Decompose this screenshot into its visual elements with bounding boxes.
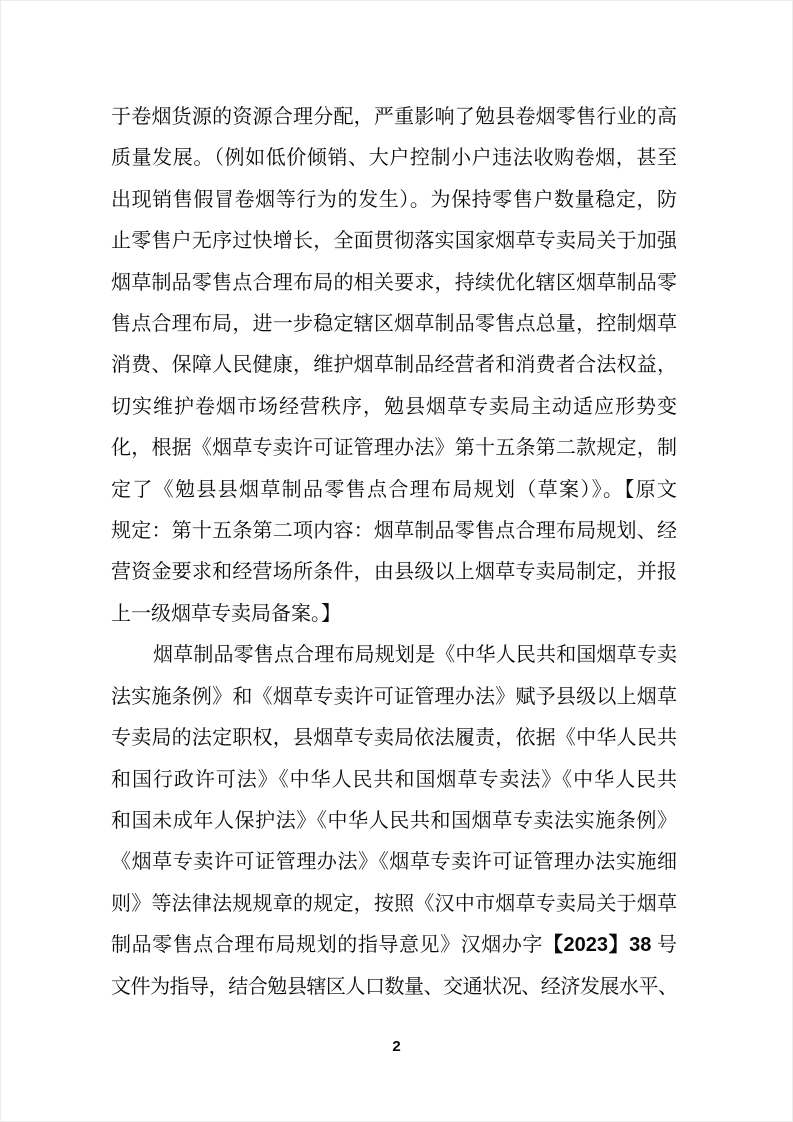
- text-segment: 消费、保障人民健康，维护烟草制品经营者和消费者合法权益，: [111, 354, 677, 376]
- text-segment: 则》等法律法规规章的规定，按照《汉中市烟草专卖局关于烟草: [111, 893, 677, 915]
- text-segment: 化，根据《烟草专卖许可证管理办法》第十五条第二款规定，制: [111, 437, 677, 459]
- text-segment: 定了《勉县县烟草制品零售点合理布局规划（草案）》。【原文: [111, 479, 677, 501]
- text-line: 和国行政许可法》《中华人民共和国烟草专卖法》《中华人民共: [111, 760, 677, 801]
- text-segment: 上一级烟草专卖局备案。】: [111, 603, 341, 625]
- text-segment: 《烟草专卖许可证管理办法》《烟草专卖许可证管理办法实施细: [111, 851, 677, 873]
- text-segment: 营资金要求和经营场所条件，由县级以上烟草专卖局制定，并报: [111, 561, 677, 583]
- document-page: 于卷烟货源的资源合理分配，严重影响了勉县卷烟零售行业的高质量发展。（例如低价倾销…: [0, 0, 793, 1122]
- text-line: 质量发展。（例如低价倾销、大户控制小户违法收购卷烟，甚至: [111, 138, 677, 179]
- text-segment: 规定：第十五条第二项内容：烟草制品零售点合理布局规划、经: [111, 520, 677, 542]
- text-segment: 售点合理布局，进一步稳定辖区烟草制品零售点总量，控制烟草: [111, 313, 677, 335]
- bold-number-segment: 【2023】38: [543, 934, 651, 956]
- text-line: 止零售户无序过快增长，全面贯彻落实国家烟草专卖局关于加强: [111, 221, 677, 262]
- text-segment: 质量发展。（例如低价倾销、大户控制小户违法收购卷烟，甚至: [111, 147, 677, 169]
- text-line: 售点合理布局，进一步稳定辖区烟草制品零售点总量，控制烟草: [111, 304, 677, 345]
- text-line: 文件为指导，结合勉县辖区人口数量、交通状况、经济发展水平、: [111, 967, 677, 1008]
- text-segment: 烟草制品零售点合理布局规划是《中华人民共和国烟草专卖: [153, 644, 677, 666]
- text-segment: 法实施条例》和《烟草专卖许可证管理办法》赋予县级以上烟草: [111, 686, 677, 708]
- text-segment: 和国行政许可法》《中华人民共和国烟草专卖法》《中华人民共: [111, 769, 677, 791]
- text-line: 专卖局的法定职权，县烟草专卖局依法履责，依据《中华人民共: [111, 718, 677, 759]
- text-segment: 专卖局的法定职权，县烟草专卖局依法履责，依据《中华人民共: [111, 727, 677, 749]
- text-line: 《烟草专卖许可证管理办法》《烟草专卖许可证管理办法实施细: [111, 842, 677, 883]
- text-segment: 和国未成年人保护法》《中华人民共和国烟草专卖法实施条例》: [111, 810, 677, 832]
- text-line: 上一级烟草专卖局备案。】: [111, 594, 677, 635]
- page-number: 2: [1, 1038, 792, 1055]
- text-line: 烟草制品零售点合理布局规划是《中华人民共和国烟草专卖: [111, 635, 677, 676]
- text-block: 于卷烟货源的资源合理分配，严重影响了勉县卷烟零售行业的高质量发展。（例如低价倾销…: [111, 97, 677, 1008]
- text-segment: 烟草制品零售点合理布局的相关要求，持续优化辖区烟草制品零: [111, 272, 677, 294]
- text-line: 于卷烟货源的资源合理分配，严重影响了勉县卷烟零售行业的高: [111, 97, 677, 138]
- text-segment: 切实维护卷烟市场经营秩序，勉县烟草专卖局主动适应形势变: [111, 396, 677, 418]
- text-line: 规定：第十五条第二项内容：烟草制品零售点合理布局规划、经: [111, 511, 677, 552]
- text-segment: 号: [651, 934, 677, 956]
- text-line: 则》等法律法规规章的规定，按照《汉中市烟草专卖局关于烟草: [111, 884, 677, 925]
- text-line: 出现销售假冒卷烟等行为的发生）。为保持零售户数量稳定，防: [111, 180, 677, 221]
- text-line: 法实施条例》和《烟草专卖许可证管理办法》赋予县级以上烟草: [111, 677, 677, 718]
- text-segment: 制品零售点合理布局规划的指导意见》汉烟办字: [111, 934, 543, 956]
- text-line: 烟草制品零售点合理布局的相关要求，持续优化辖区烟草制品零: [111, 263, 677, 304]
- text-segment: 出现销售假冒卷烟等行为的发生）。为保持零售户数量稳定，防: [111, 189, 677, 211]
- text-line: 消费、保障人民健康，维护烟草制品经营者和消费者合法权益，: [111, 345, 677, 386]
- text-line: 和国未成年人保护法》《中华人民共和国烟草专卖法实施条例》: [111, 801, 677, 842]
- text-line: 制品零售点合理布局规划的指导意见》汉烟办字【2023】38 号: [111, 925, 677, 966]
- text-segment: 文件为指导，结合勉县辖区人口数量、交通状况、经济发展水平、: [111, 976, 677, 998]
- text-line: 化，根据《烟草专卖许可证管理办法》第十五条第二款规定，制: [111, 428, 677, 469]
- text-segment: 于卷烟货源的资源合理分配，严重影响了勉县卷烟零售行业的高: [111, 106, 677, 128]
- text-segment: 止零售户无序过快增长，全面贯彻落实国家烟草专卖局关于加强: [111, 230, 677, 252]
- text-line: 定了《勉县县烟草制品零售点合理布局规划（草案）》。【原文: [111, 470, 677, 511]
- text-line: 切实维护卷烟市场经营秩序，勉县烟草专卖局主动适应形势变: [111, 387, 677, 428]
- text-line: 营资金要求和经营场所条件，由县级以上烟草专卖局制定，并报: [111, 552, 677, 593]
